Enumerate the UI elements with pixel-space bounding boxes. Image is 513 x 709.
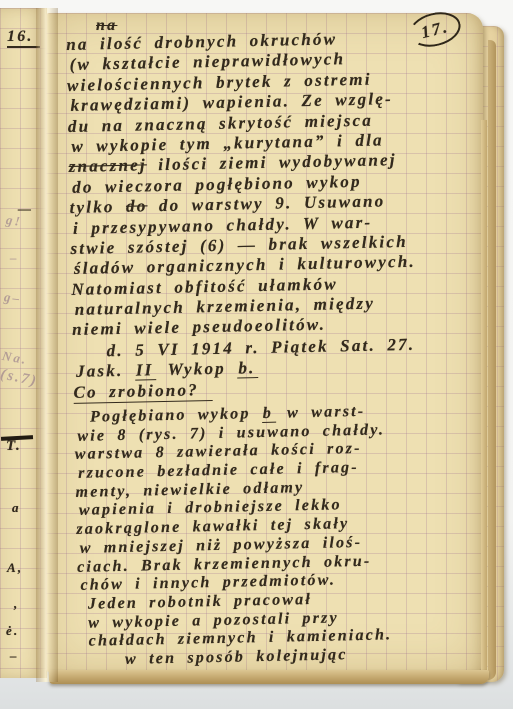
bleedthrough-fragment: (s.7) xyxy=(0,366,39,391)
struck-word: na xyxy=(96,17,117,35)
handwritten-text: na ilość drobnych okruchów (w kształcie … xyxy=(66,26,488,670)
trench-id: b xyxy=(262,405,277,423)
line-end-fragment: – xyxy=(10,648,19,664)
notebook-page: 17. na na ilość drobnych okruchów (w ksz… xyxy=(46,13,483,672)
trench-label: Wykop xyxy=(167,359,226,379)
page-stack-edge xyxy=(488,40,496,680)
question-underlined: Co zrobiono? xyxy=(73,380,213,404)
line-text: Pogłębiano wykop xyxy=(90,405,251,425)
line-end-fragment: T. xyxy=(6,438,22,455)
page-stack-edge xyxy=(481,120,487,680)
bleedthrough-fragment: – xyxy=(10,250,19,266)
site-numeral: II xyxy=(135,360,157,380)
notebook-scan: 16. g! – g– Na. (s.7) — T. a A, , ė. – 1… xyxy=(0,0,513,709)
struck-word: znacznej xyxy=(69,156,147,177)
struck-word: do xyxy=(126,196,148,215)
entry-body: Pogłębiano wykop b w warst- wie 8 (rys. … xyxy=(74,400,488,670)
left-page-number: 16. xyxy=(7,28,40,48)
line-end-fragment: A, xyxy=(7,560,23,576)
line-text: tylko xyxy=(69,197,114,217)
site-label: Jask. xyxy=(76,361,124,381)
line-end-fragment: , xyxy=(14,596,19,612)
page-bottom-edge xyxy=(49,670,489,684)
entry-heading: d. 5 VI 1914 r. Piątek Sat. 27. Jask. II… xyxy=(72,333,482,403)
bleedthrough-fragment: g– xyxy=(3,289,22,307)
line-text: do warstwy 9. Usuwano xyxy=(159,191,386,215)
trench-id: b. xyxy=(237,358,259,378)
line-text: w warst- xyxy=(287,403,366,422)
line-end-fragment: — xyxy=(18,201,33,217)
binding-gutter xyxy=(36,8,58,682)
line-end-fragment: a xyxy=(12,500,21,516)
line-end-fragment: ė. xyxy=(6,623,19,639)
bleedthrough-fragment: Na. xyxy=(1,348,29,368)
